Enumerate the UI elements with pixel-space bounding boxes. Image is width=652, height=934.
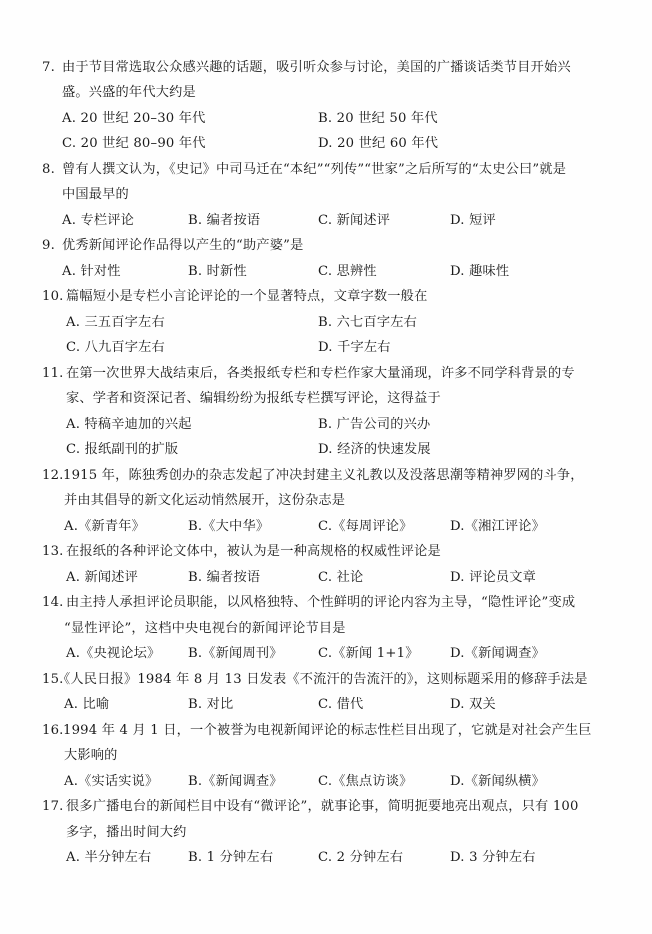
option-b: B.《大中华》 — [188, 515, 269, 539]
question-text: 曾有人撰文认为，《史记》中司马迁在“本纪”“列传”“世家”之后所写的“太史公曰”… — [62, 158, 566, 182]
question-text-continued: 家、学者和资深记者、编辑纷纷为报纸专栏撰写评论，这得益于 — [66, 387, 441, 411]
option-a: A.《实话实说》 — [64, 770, 158, 794]
option-d: D. 趣味性 — [450, 260, 509, 284]
option-b: B.《新闻周刊》 — [188, 642, 283, 666]
question-stem-line: 8. 曾有人撰文认为，《史记》中司马迁在“本纪”“列传”“世家”之后所写的“太史… — [0, 158, 652, 182]
question-text: 《人民日报》1984 年 8 月 13 日发表《不流汗的告流汗的》，这则标题采用… — [57, 668, 588, 692]
option-c: C. 八九百字左右 — [66, 336, 165, 360]
option-b: B. 六七百字左右 — [318, 311, 417, 335]
option-a: A.《新青年》 — [64, 515, 145, 539]
question-text: 很多广播电台的新闻栏目中设有“微评论”，就事论事，简明扼要地亮出观点，只有 10… — [66, 795, 579, 819]
option-a: A. 三五百字左右 — [66, 311, 165, 335]
option-a: A. 新闻述评 — [66, 566, 138, 590]
option-a: A. 特稿辛迪加的兴起 — [66, 413, 192, 437]
question-stem-line: 10. 篇幅短小是专栏小言论评论的一个显著特点，文章字数一般在 — [0, 285, 652, 309]
question-text: 在第一次世界大战结束后，各类报纸专栏和专栏作家大量涌现，许多不同学科背景的专 — [66, 362, 575, 386]
option-c: C. 2 分钟左右 — [318, 846, 403, 870]
option-d: D. 评论员文章 — [450, 566, 536, 590]
option-c: C.《焦点访谈》 — [318, 770, 413, 794]
question-number: 17. — [42, 795, 64, 819]
option-a: A. 专栏评论 — [62, 209, 134, 233]
question-stem-line: 17. 很多广播电台的新闻栏目中设有“微评论”，就事论事，简明扼要地亮出观点，只… — [0, 795, 652, 819]
question-number: 13. — [42, 540, 64, 564]
question-stem-line: 7. 由于节目常选取公众感兴趣的话题，吸引听众参与讨论，美国的广播谈话类节目开始… — [0, 56, 652, 80]
question-number: 12. — [42, 464, 64, 488]
option-b: B. 时新性 — [188, 260, 247, 284]
option-c: C. 新闻述评 — [318, 209, 390, 233]
question-number: 10. — [42, 285, 64, 309]
question-stem-line: 12. 1915 年，陈独秀创办的杂志发起了冲决封建主义礼教以及没落思潮等精神罗… — [0, 464, 652, 488]
option-c: C. 思辨性 — [318, 260, 377, 284]
question-text-continued: 并由其倡导的新文化运动悄然展开，这份杂志是 — [64, 489, 345, 513]
question-stem-line: 9. 优秀新闻评论作品得以产生的“助产婆”是 — [0, 234, 652, 258]
question-number: 14. — [42, 591, 64, 615]
question-text: 在报纸的各种评论文体中，被认为是一种高规格的权威性评论是 — [66, 540, 441, 564]
option-a: A. 比喻 — [64, 693, 109, 717]
question-stem-line: 15. 《人民日报》1984 年 8 月 13 日发表《不流汗的告流汗的》，这则… — [0, 668, 652, 692]
question-text-continued: 大影响的 — [64, 744, 118, 768]
option-b: B. 1 分钟左右 — [188, 846, 273, 870]
option-a: A.《央视论坛》 — [66, 642, 160, 666]
question-number: 11. — [42, 362, 64, 386]
option-c: C. 20 世纪 80–90 年代 — [62, 132, 206, 156]
question-text-continued: 中国最早的 — [62, 183, 129, 207]
option-b: B. 20 世纪 50 年代 — [318, 107, 438, 131]
question-text: 1915 年，陈独秀创办的杂志发起了冲决封建主义礼教以及没落思潮等精神罗网的斗争… — [63, 464, 584, 488]
option-d: D.《湘江评论》 — [450, 515, 545, 539]
option-b: B. 编者按语 — [188, 566, 260, 590]
question-number: 7. — [42, 56, 55, 80]
option-a: A. 20 世纪 20–30 年代 — [62, 107, 206, 131]
option-d: D.《新闻调查》 — [450, 642, 545, 666]
question-number: 9. — [42, 234, 55, 258]
option-d: D. 20 世纪 60 年代 — [318, 132, 438, 156]
question-text-continued: 盛。兴盛的年代大约是 — [62, 81, 196, 105]
question-text: 由于节目常选取公众感兴趣的话题，吸引听众参与讨论，美国的广播谈话类节目开始兴 — [62, 56, 571, 80]
question-text: 优秀新闻评论作品得以产生的“助产婆”是 — [62, 234, 303, 258]
question-text-continued: “显性评论”，这档中央电视台的新闻评论节目是 — [64, 617, 346, 641]
exam-page: 7. 由于节目常选取公众感兴趣的话题，吸引听众参与讨论，美国的广播谈话类节目开始… — [0, 0, 652, 934]
question-text: 1994 年 4 月 1 日，一个被誉为电视新闻评论的标志性栏目出现了，它就是对… — [63, 719, 592, 743]
option-b: B. 广告公司的兴办 — [318, 413, 430, 437]
option-d: D.《新闻纵横》 — [450, 770, 545, 794]
option-d: D. 经济的快速发展 — [318, 438, 431, 462]
question-number: 16. — [42, 719, 64, 743]
question-stem-line: 13. 在报纸的各种评论文体中，被认为是一种高规格的权威性评论是 — [0, 540, 652, 564]
option-b: B.《新闻调查》 — [188, 770, 283, 794]
option-d: D. 千字左右 — [318, 336, 391, 360]
option-b: B. 编者按语 — [188, 209, 260, 233]
question-text-continued: 多字，播出时间大约 — [66, 821, 187, 845]
question-stem-line: 16. 1994 年 4 月 1 日，一个被誉为电视新闻评论的标志性栏目出现了，… — [0, 719, 652, 743]
question-stem-line: 11. 在第一次世界大战结束后，各类报纸专栏和专栏作家大量涌现，许多不同学科背景… — [0, 362, 652, 386]
option-d: D. 3 分钟左右 — [450, 846, 536, 870]
option-a: A. 半分钟左右 — [66, 846, 151, 870]
option-c: C.《新闻 1+1》 — [318, 642, 419, 666]
question-text: 篇幅短小是专栏小言论评论的一个显著特点，文章字数一般在 — [66, 285, 427, 309]
option-b: B. 对比 — [188, 693, 233, 717]
option-c: C. 借代 — [318, 693, 363, 717]
question-text: 由主持人承担评论员职能，以风格独特、个性鲜明的评论内容为主导，“隐性评论”变成 — [66, 591, 575, 615]
question-stem-line: 14. 由主持人承担评论员职能，以风格独特、个性鲜明的评论内容为主导，“隐性评论… — [0, 591, 652, 615]
option-a: A. 针对性 — [62, 260, 121, 284]
option-c: C. 报纸副刊的扩版 — [66, 438, 178, 462]
option-d: D. 双关 — [450, 693, 496, 717]
option-c: C. 社论 — [318, 566, 363, 590]
question-number: 8. — [42, 158, 55, 182]
option-d: D. 短评 — [450, 209, 496, 233]
option-c: C.《每周评论》 — [318, 515, 413, 539]
